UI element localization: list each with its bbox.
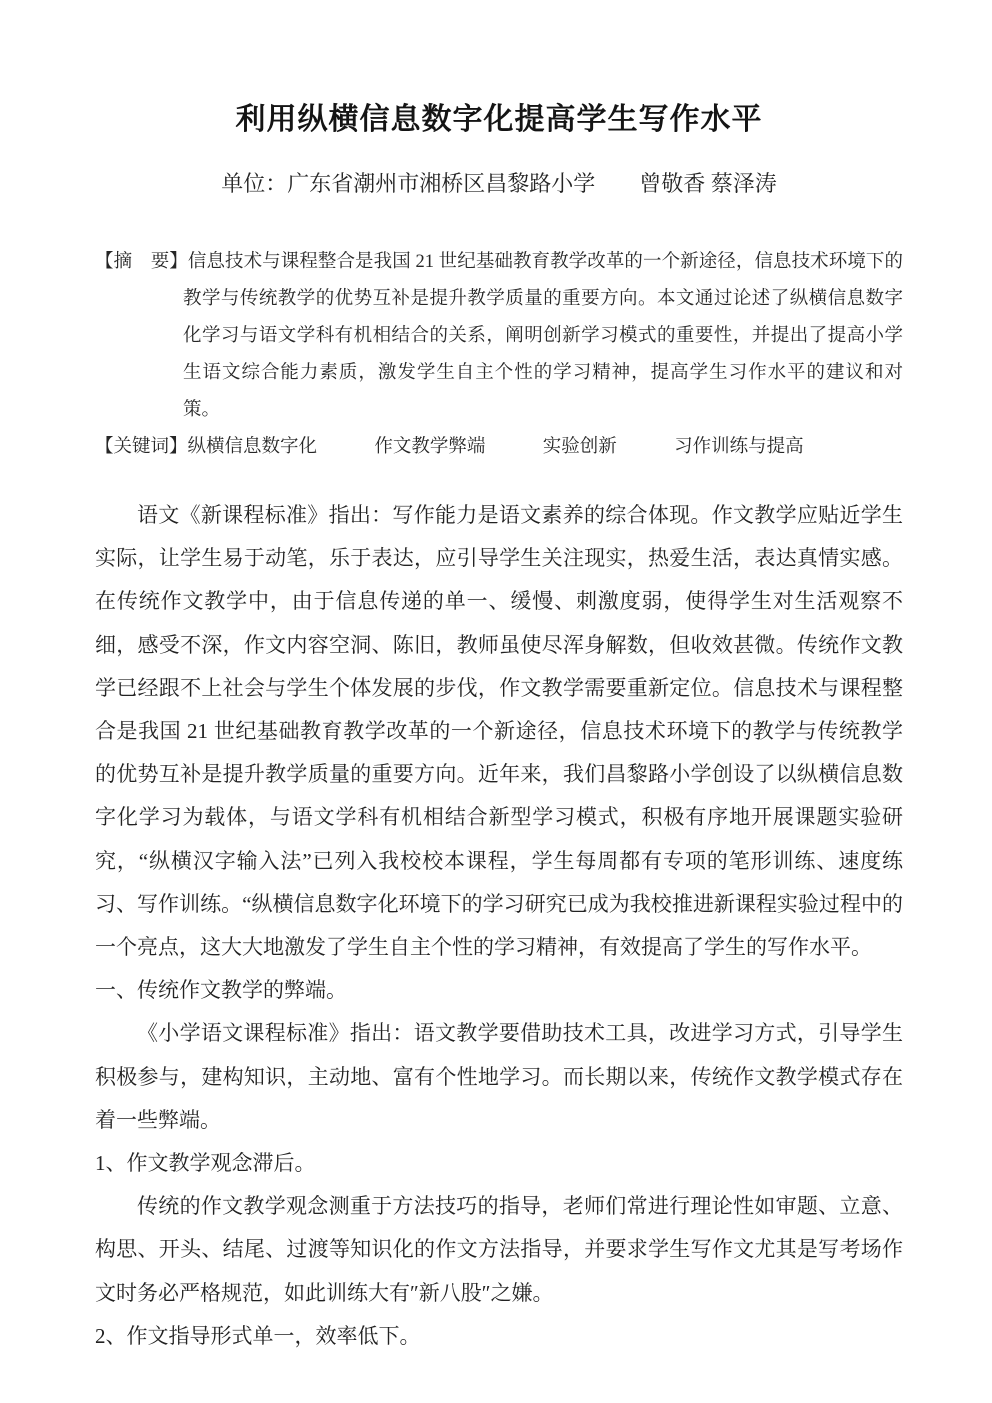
section-heading-1: 一、传统作文教学的弊端。 [95,969,903,1012]
subsection-heading-2: 2、作文指导形式单一，效率低下。 [95,1315,903,1358]
page-title: 利用纵横信息数字化提高学生写作水平 [95,98,903,142]
abstract-text: 信息技术与课程整合是我国 21 世纪基础教育教学改革的一个新途径，信息技术环境下… [183,252,903,420]
paragraph-standards: 《小学语文课程标准》指出：语文教学要借助技术工具，改进学习方式，引导学生积极参与… [95,1012,903,1142]
keyword-item: 作文教学弊端 [374,437,485,457]
subsection-heading-1: 1、作文教学观念滞后。 [95,1142,903,1185]
keyword-item: 实验创新 [543,437,617,457]
keywords-label: 【关键词】 [95,437,188,457]
paragraph-intro: 语文《新课程标准》指出：写作能力是语文素养的综合体现。作文教学应贴近学生实际，让… [95,494,903,969]
byline: 单位：广东省潮州市湘桥区昌黎路小学 曾敬香 蔡泽涛 [95,168,903,200]
keyword-item: 纵横信息数字化 [188,437,318,457]
keyword-item: 习作训练与提高 [674,437,804,457]
body-text: 语文《新课程标准》指出：写作能力是语文素养的综合体现。作文教学应贴近学生实际，让… [95,494,903,1358]
abstract-label: 【摘 要】 [95,252,188,272]
paragraph-traditional-teaching: 传统的作文教学观念测重于方法技巧的指导，老师们常进行理论性如审题、立意、构思、开… [95,1185,903,1315]
keywords-line: 【关键词】纵横信息数字化作文教学弊端实验创新习作训练与提高 [95,429,903,466]
document-page: 利用纵横信息数字化提高学生写作水平 单位：广东省潮州市湘桥区昌黎路小学 曾敬香 … [0,0,992,1403]
abstract: 【摘 要】信息技术与课程整合是我国 21 世纪基础教育教学改革的一个新途径，信息… [95,244,903,429]
